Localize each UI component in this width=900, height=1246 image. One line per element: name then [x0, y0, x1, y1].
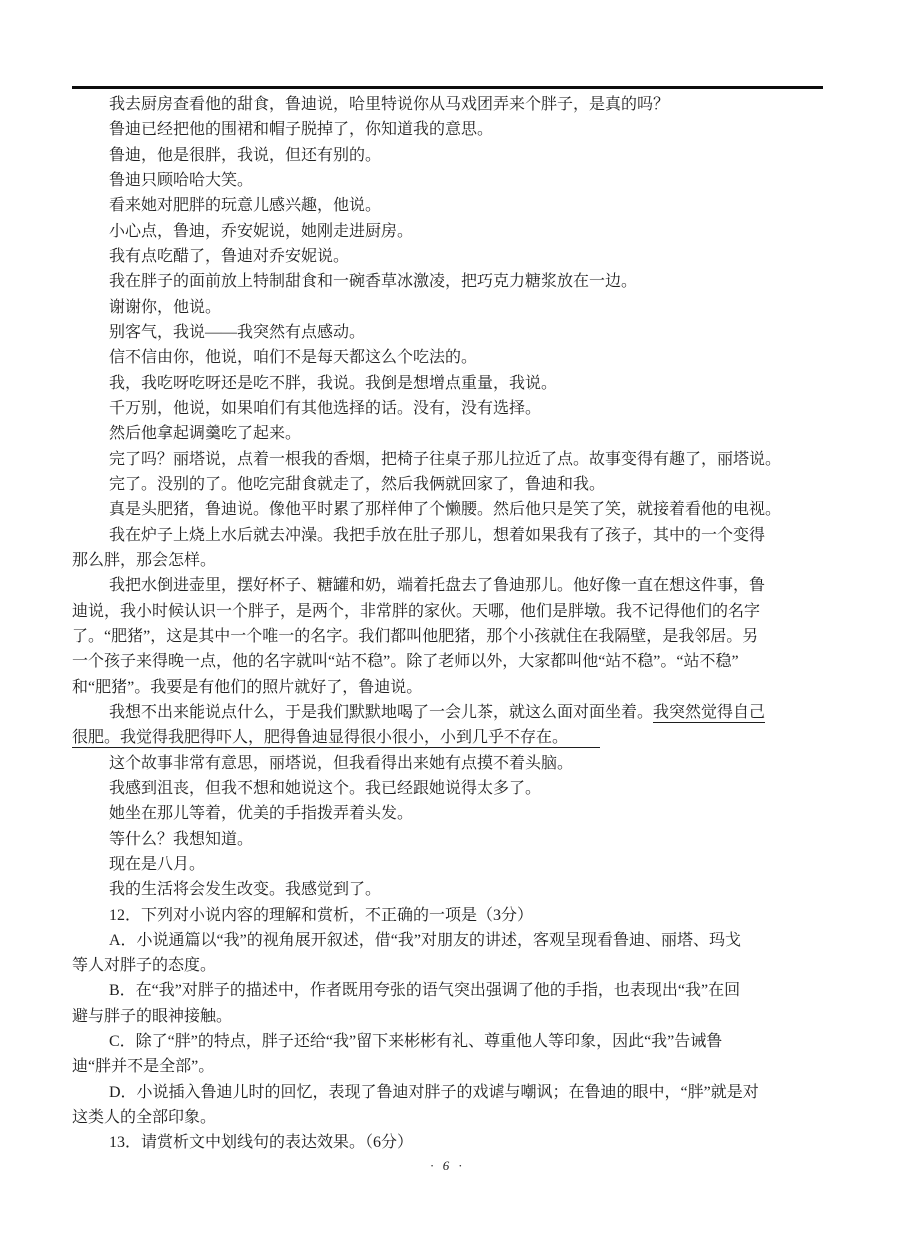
text-line: 了。“肥猪”，这是其中一个唯一的名字。我们都叫他肥猪，那个小孩就住在我隔壁，是我… — [72, 624, 823, 649]
text-line: 我去厨房查看他的甜食，鲁迪说，哈里特说你从马戏团弄来个胖子，是真的吗？ — [72, 92, 823, 117]
text-segment: 谢谢你，他说。 — [109, 299, 221, 316]
underlined-text: 我突然觉得自己 — [653, 704, 765, 723]
text-segment: 我在炉子上烧上水后就去冲澡。我把手放在肚子那儿，想着如果我有了孩子，其中的一个变… — [109, 527, 765, 544]
text-segment: 然后他拿起调羹吃了起来。 — [109, 425, 301, 442]
text-line: B．在“我”对胖子的描述中，作者既用夸张的语气突出强调了他的手指，也表现出“我”… — [72, 978, 823, 1003]
page-number: · 6 · — [72, 1158, 823, 1174]
text-line: 看来她对肥胖的玩意儿感兴趣，他说。 — [72, 193, 823, 218]
text-line: 真是头肥猪，鲁迪说。像他平时累了那样伸了个懒腰。然后他只是笑了笑，就接着看他的电… — [72, 497, 823, 522]
text-line: 迪“胖并不是全部”。 — [72, 1054, 823, 1079]
text-line: 很肥。我觉得我肥得吓人，肥得鲁迪显得很小很小，小到几乎不存在。 — [72, 725, 823, 750]
text-segment: 鲁迪只顾哈哈大笑。 — [109, 172, 253, 189]
text-segment: 了。“肥猪”，这是其中一个唯一的名字。我们都叫他肥猪，那个小孩就住在我隔壁，是我… — [72, 628, 758, 645]
text-segment: 小心点，鲁迪，乔安妮说，她刚走进厨房。 — [109, 223, 413, 240]
text-line: 然后他拿起调羹吃了起来。 — [72, 421, 823, 446]
text-line: 13．请赏析文中划线句的表达效果。（6分） — [72, 1130, 823, 1155]
text-line: 现在是八月。 — [72, 852, 823, 877]
text-segment: 避与胖子的眼神接触。 — [72, 1008, 232, 1025]
text-segment: 这个故事非常有意思，丽塔说，但我看得出来她有点摸不着头脑。 — [109, 755, 573, 772]
text-line: 谢谢你，他说。 — [72, 295, 823, 320]
text-line: 鲁迪，他是很胖，我说，但还有别的。 — [72, 143, 823, 168]
story-text: 我去厨房查看他的甜食，鲁迪说，哈里特说你从马戏团弄来个胖子，是真的吗？鲁迪已经把… — [72, 92, 823, 1156]
text-segment: 12．下列对小说内容的理解和赏析，不正确的一项是（3分） — [109, 907, 533, 924]
text-segment: 她坐在那儿等着，优美的手指拨弄着头发。 — [109, 805, 413, 822]
text-segment: 我感到沮丧，但我不想和她说这个。我已经跟她说得太多了。 — [109, 780, 541, 797]
text-line: 我在胖子的面前放上特制甜食和一碗香草冰激凌，把巧克力糖浆放在一边。 — [72, 269, 823, 294]
text-segment: 我有点吃醋了，鲁迪对乔安妮说。 — [109, 248, 349, 265]
text-line: 迪说，我小时候认识一个胖子，是两个，非常胖的家伙。天哪，他们是胖墩。我不记得他们… — [72, 599, 823, 624]
text-segment: A．小说通篇以“我”的视角展开叙述，借“我”对朋友的讲述，客观呈现看鲁迪、丽塔、… — [109, 932, 741, 949]
text-line: 这类人的全部印象。 — [72, 1105, 823, 1130]
text-line: 那么胖，那会怎样。 — [72, 548, 823, 573]
text-segment: 迪“胖并不是全部”。 — [72, 1058, 214, 1075]
text-segment: 鲁迪已经把他的围裙和帽子脱掉了，你知道我的意思。 — [109, 121, 493, 138]
underlined-text: 很肥。我觉得我肥得吓人，肥得鲁迪显得很小很小，小到几乎不存在。 — [72, 729, 600, 748]
text-line: 12．下列对小说内容的理解和赏析，不正确的一项是（3分） — [72, 903, 823, 928]
header-rule — [72, 86, 823, 89]
text-line: 等什么？我想知道。 — [72, 827, 823, 852]
text-line: 和“肥猪”。我要是有他们的照片就好了，鲁迪说。 — [72, 675, 823, 700]
text-segment: 我的生活将会发生改变。我感觉到了。 — [109, 881, 381, 898]
text-line: 等人对胖子的态度。 — [72, 953, 823, 978]
text-line: A．小说通篇以“我”的视角展开叙述，借“我”对朋友的讲述，客观呈现看鲁迪、丽塔、… — [72, 928, 823, 953]
text-line: 我感到沮丧，但我不想和她说这个。我已经跟她说得太多了。 — [72, 776, 823, 801]
text-segment: D．小说插入鲁迪儿时的回忆，表现了鲁迪对胖子的戏谑与嘲讽；在鲁迪的眼中，“胖”就… — [109, 1084, 759, 1101]
text-line: 完了吗？丽塔说，点着一根我的香烟，把椅子往桌子那儿拉近了点。故事变得有趣了，丽塔… — [72, 447, 823, 472]
text-segment: 别客气，我说——我突然有点感动。 — [109, 324, 365, 341]
text-line: 我的生活将会发生改变。我感觉到了。 — [72, 877, 823, 902]
text-line: D．小说插入鲁迪儿时的回忆，表现了鲁迪对胖子的戏谑与嘲讽；在鲁迪的眼中，“胖”就… — [72, 1080, 823, 1105]
text-line: 我把水倒进壶里，摆好杯子、糖罐和奶，端着托盘去了鲁迪那儿。他好像一直在想这件事，… — [72, 573, 823, 598]
text-line: 信不信由你，他说，咱们不是每天都这么个吃法的。 — [72, 345, 823, 370]
text-segment: 这类人的全部印象。 — [72, 1109, 216, 1126]
exam-page: 我去厨房查看他的甜食，鲁迪说，哈里特说你从马戏团弄来个胖子，是真的吗？鲁迪已经把… — [0, 0, 900, 1246]
text-segment: 千万别，他说，如果咱们有其他选择的话。没有，没有选择。 — [109, 400, 541, 417]
text-segment: 我想不出来能说点什么，于是我们默默地喝了一会儿茶，就这么面对面坐着。 — [109, 704, 653, 721]
text-segment: 等什么？我想知道。 — [109, 831, 253, 848]
text-line: 小心点，鲁迪，乔安妮说，她刚走进厨房。 — [72, 219, 823, 244]
text-segment: 看来她对肥胖的玩意儿感兴趣，他说。 — [109, 197, 381, 214]
text-line: 一个孩子来得晚一点，他的名字就叫“站不稳”。除了老师以外，大家都叫他“站不稳”。… — [72, 649, 823, 674]
text-line: 鲁迪已经把他的围裙和帽子脱掉了，你知道我的意思。 — [72, 117, 823, 142]
text-segment: 完了吗？丽塔说，点着一根我的香烟，把椅子往桌子那儿拉近了点。故事变得有趣了，丽塔… — [109, 451, 781, 468]
text-segment: 我，我吃呀吃呀还是吃不胖，我说。我倒是想增点重量，我说。 — [109, 375, 557, 392]
text-segment: 完了。没别的了。他吃完甜食就走了，然后我俩就回家了，鲁迪和我。 — [109, 476, 605, 493]
text-line: 避与胖子的眼神接触。 — [72, 1004, 823, 1029]
text-segment: 鲁迪，他是很胖，我说，但还有别的。 — [109, 147, 381, 164]
text-line: 完了。没别的了。他吃完甜食就走了，然后我俩就回家了，鲁迪和我。 — [72, 472, 823, 497]
text-segment: 信不信由你，他说，咱们不是每天都这么个吃法的。 — [109, 349, 477, 366]
text-line: 我有点吃醋了，鲁迪对乔安妮说。 — [72, 244, 823, 269]
text-segment: 迪说，我小时候认识一个胖子，是两个，非常胖的家伙。天哪，他们是胖墩。我不记得他们… — [72, 603, 760, 620]
text-segment: 一个孩子来得晚一点，他的名字就叫“站不稳”。除了老师以外，大家都叫他“站不稳”。… — [72, 653, 739, 670]
text-line: 鲁迪只顾哈哈大笑。 — [72, 168, 823, 193]
text-line: C．除了“胖”的特点，胖子还给“我”留下来彬彬有礼、尊重他人等印象，因此“我”告… — [72, 1029, 823, 1054]
text-segment: 等人对胖子的态度。 — [72, 957, 216, 974]
text-line: 我在炉子上烧上水后就去冲澡。我把手放在肚子那儿，想着如果我有了孩子，其中的一个变… — [72, 523, 823, 548]
text-line: 别客气，我说——我突然有点感动。 — [72, 320, 823, 345]
text-segment: 和“肥猪”。我要是有他们的照片就好了，鲁迪说。 — [72, 679, 422, 696]
text-segment: 我把水倒进壶里，摆好杯子、糖罐和奶，端着托盘去了鲁迪那儿。他好像一直在想这件事，… — [109, 577, 765, 594]
text-line: 这个故事非常有意思，丽塔说，但我看得出来她有点摸不着头脑。 — [72, 751, 823, 776]
text-line: 她坐在那儿等着，优美的手指拨弄着头发。 — [72, 801, 823, 826]
text-line: 千万别，他说，如果咱们有其他选择的话。没有，没有选择。 — [72, 396, 823, 421]
text-segment: 我去厨房查看他的甜食，鲁迪说，哈里特说你从马戏团弄来个胖子，是真的吗？ — [109, 96, 669, 113]
text-segment: 真是头肥猪，鲁迪说。像他平时累了那样伸了个懒腰。然后他只是笑了笑，就接着看他的电… — [109, 501, 781, 518]
text-segment: B．在“我”对胖子的描述中，作者既用夸张的语气突出强调了他的手指，也表现出“我”… — [109, 982, 740, 999]
text-line: 我想不出来能说点什么，于是我们默默地喝了一会儿茶，就这么面对面坐着。我突然觉得自… — [72, 700, 823, 725]
text-segment: 那么胖，那会怎样。 — [72, 552, 216, 569]
text-segment: C．除了“胖”的特点，胖子还给“我”留下来彬彬有礼、尊重他人等印象，因此“我”告… — [109, 1033, 722, 1050]
text-segment: 我在胖子的面前放上特制甜食和一碗香草冰激凌，把巧克力糖浆放在一边。 — [109, 273, 637, 290]
text-segment: 现在是八月。 — [109, 856, 205, 873]
text-line: 我，我吃呀吃呀还是吃不胖，我说。我倒是想增点重量，我说。 — [72, 371, 823, 396]
text-segment: 13．请赏析文中划线句的表达效果。（6分） — [109, 1134, 413, 1151]
